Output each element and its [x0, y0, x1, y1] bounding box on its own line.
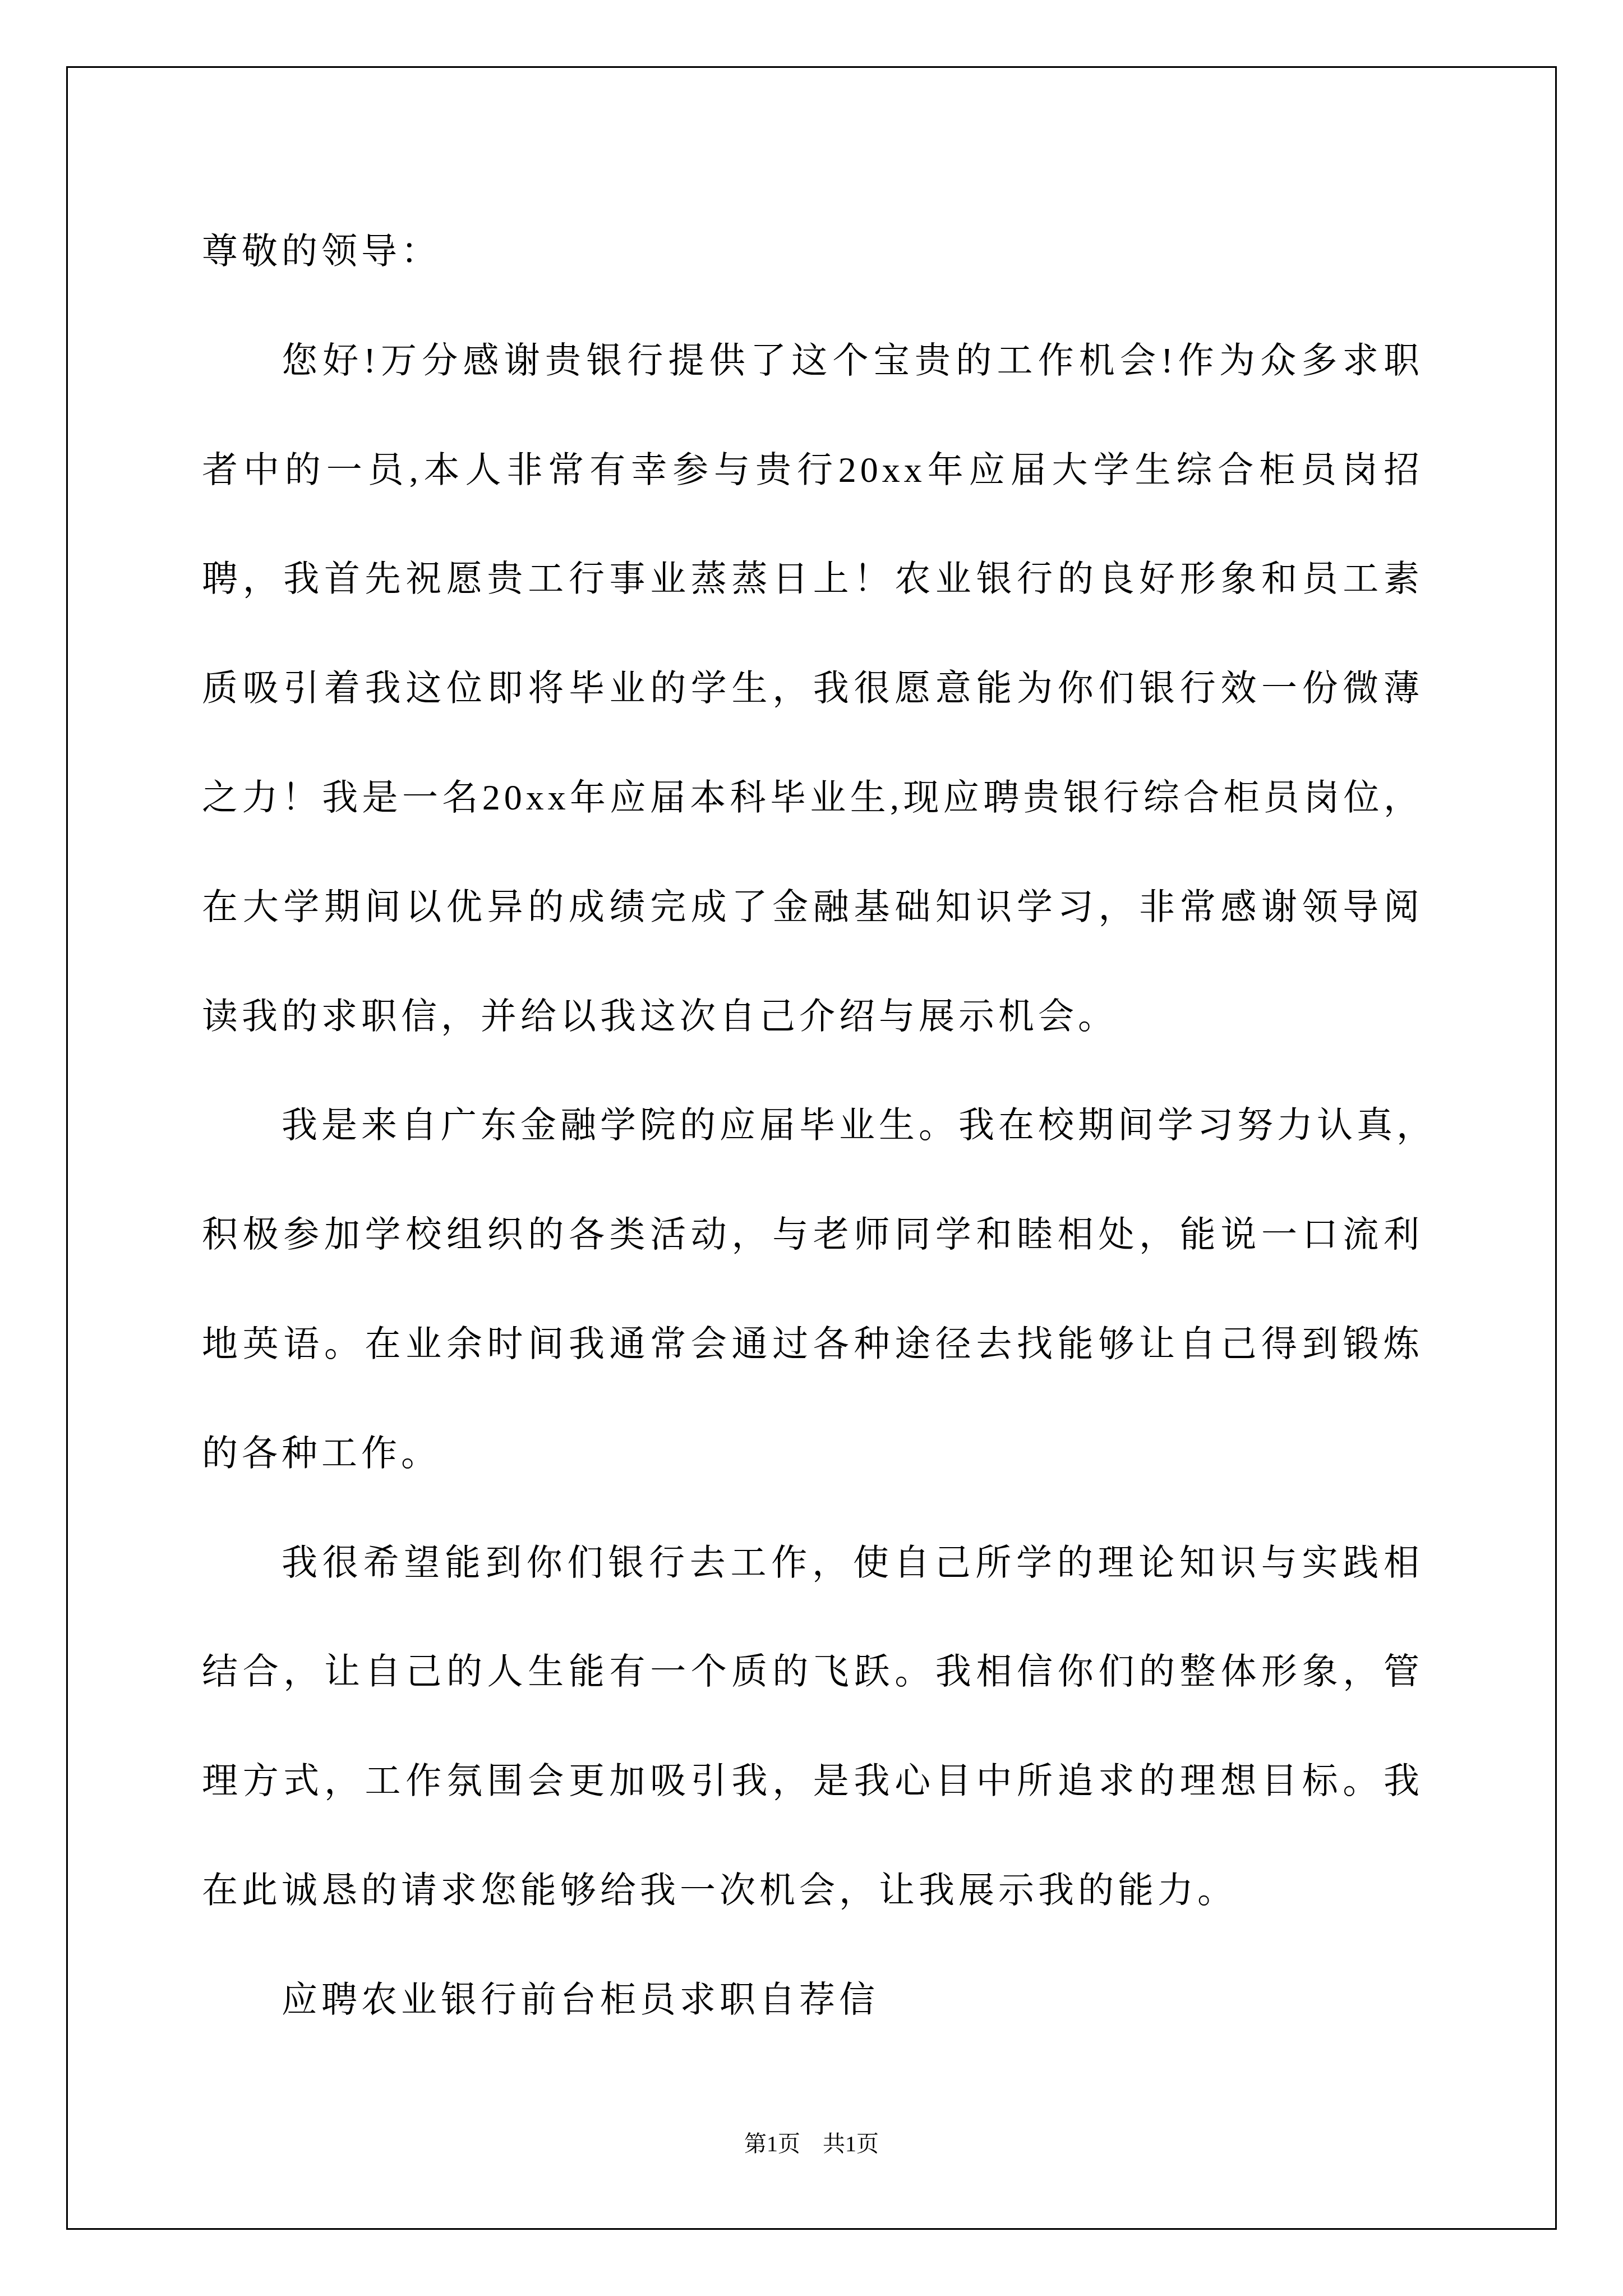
- page-number-footer: 第1页 共1页: [0, 2130, 1623, 2158]
- paragraph-line: 我是来自广东金融学院的应届毕业生。我在校期间学习努力认真，: [202, 1071, 1423, 1180]
- paragraph-3: 我很希望能到你们银行去工作，使自己所学的理论知识与实践相 结合，让自己的人生能有…: [202, 1508, 1423, 1945]
- paragraph-line: 我很希望能到你们银行去工作，使自己所学的理论知识与实践相: [202, 1508, 1423, 1618]
- paragraph-line: 结合，让自己的人生能有一个质的飞跃。我相信你们的整体形象，管: [202, 1617, 1423, 1727]
- paragraph-1: 您好!万分感谢贵银行提供了这个宝贵的工作机会!作为众多求职 者中的一员,本人非常…: [202, 306, 1423, 1071]
- letter-body: 尊敬的领导： 您好!万分感谢贵银行提供了这个宝贵的工作机会!作为众多求职 者中的…: [202, 197, 1423, 2055]
- paragraph-2: 我是来自广东金融学院的应届毕业生。我在校期间学习努力认真， 积极参加学校组织的各…: [202, 1071, 1423, 1508]
- salutation: 尊敬的领导：: [202, 197, 1423, 306]
- paragraph-line: 积极参加学校组织的各类活动，与老师同学和睦相处，能说一口流利: [202, 1180, 1423, 1290]
- paragraph-line: 质吸引着我这位即将毕业的学生，我很愿意能为你们银行效一份微薄: [202, 634, 1423, 743]
- paragraph-line: 者中的一员,本人非常有幸参与贵行20xx年应届大学生综合柜员岗招: [202, 416, 1423, 525]
- paragraph-line: 聘，我首先祝愿贵工行事业蒸蒸日上！农业银行的良好形象和员工素: [202, 524, 1423, 634]
- paragraph-line: 在此诚恳的请求您能够给我一次机会，让我展示我的能力。: [202, 1836, 1423, 1945]
- paragraph-line: 应聘农业银行前台柜员求职自荐信: [202, 1945, 1423, 2055]
- paragraph-line: 之力！我是一名20xx年应届本科毕业生,现应聘贵银行综合柜员岗位，: [202, 743, 1423, 853]
- paragraph-line: 的各种工作。: [202, 1399, 1423, 1508]
- paragraph-line: 读我的求职信，并给以我这次自己介绍与展示机会。: [202, 962, 1423, 1071]
- letter-title-line: 应聘农业银行前台柜员求职自荐信: [202, 1945, 1423, 2055]
- paragraph-line: 在大学期间以优异的成绩完成了金融基础知识学习，非常感谢领导阅: [202, 853, 1423, 962]
- paragraph-line: 理方式，工作氛围会更加吸引我，是我心目中所追求的理想目标。我: [202, 1727, 1423, 1836]
- paragraph-line: 地英语。在业余时间我通常会通过各种途径去找能够让自己得到锻炼: [202, 1290, 1423, 1399]
- paragraph-line: 您好!万分感谢贵银行提供了这个宝贵的工作机会!作为众多求职: [202, 306, 1423, 416]
